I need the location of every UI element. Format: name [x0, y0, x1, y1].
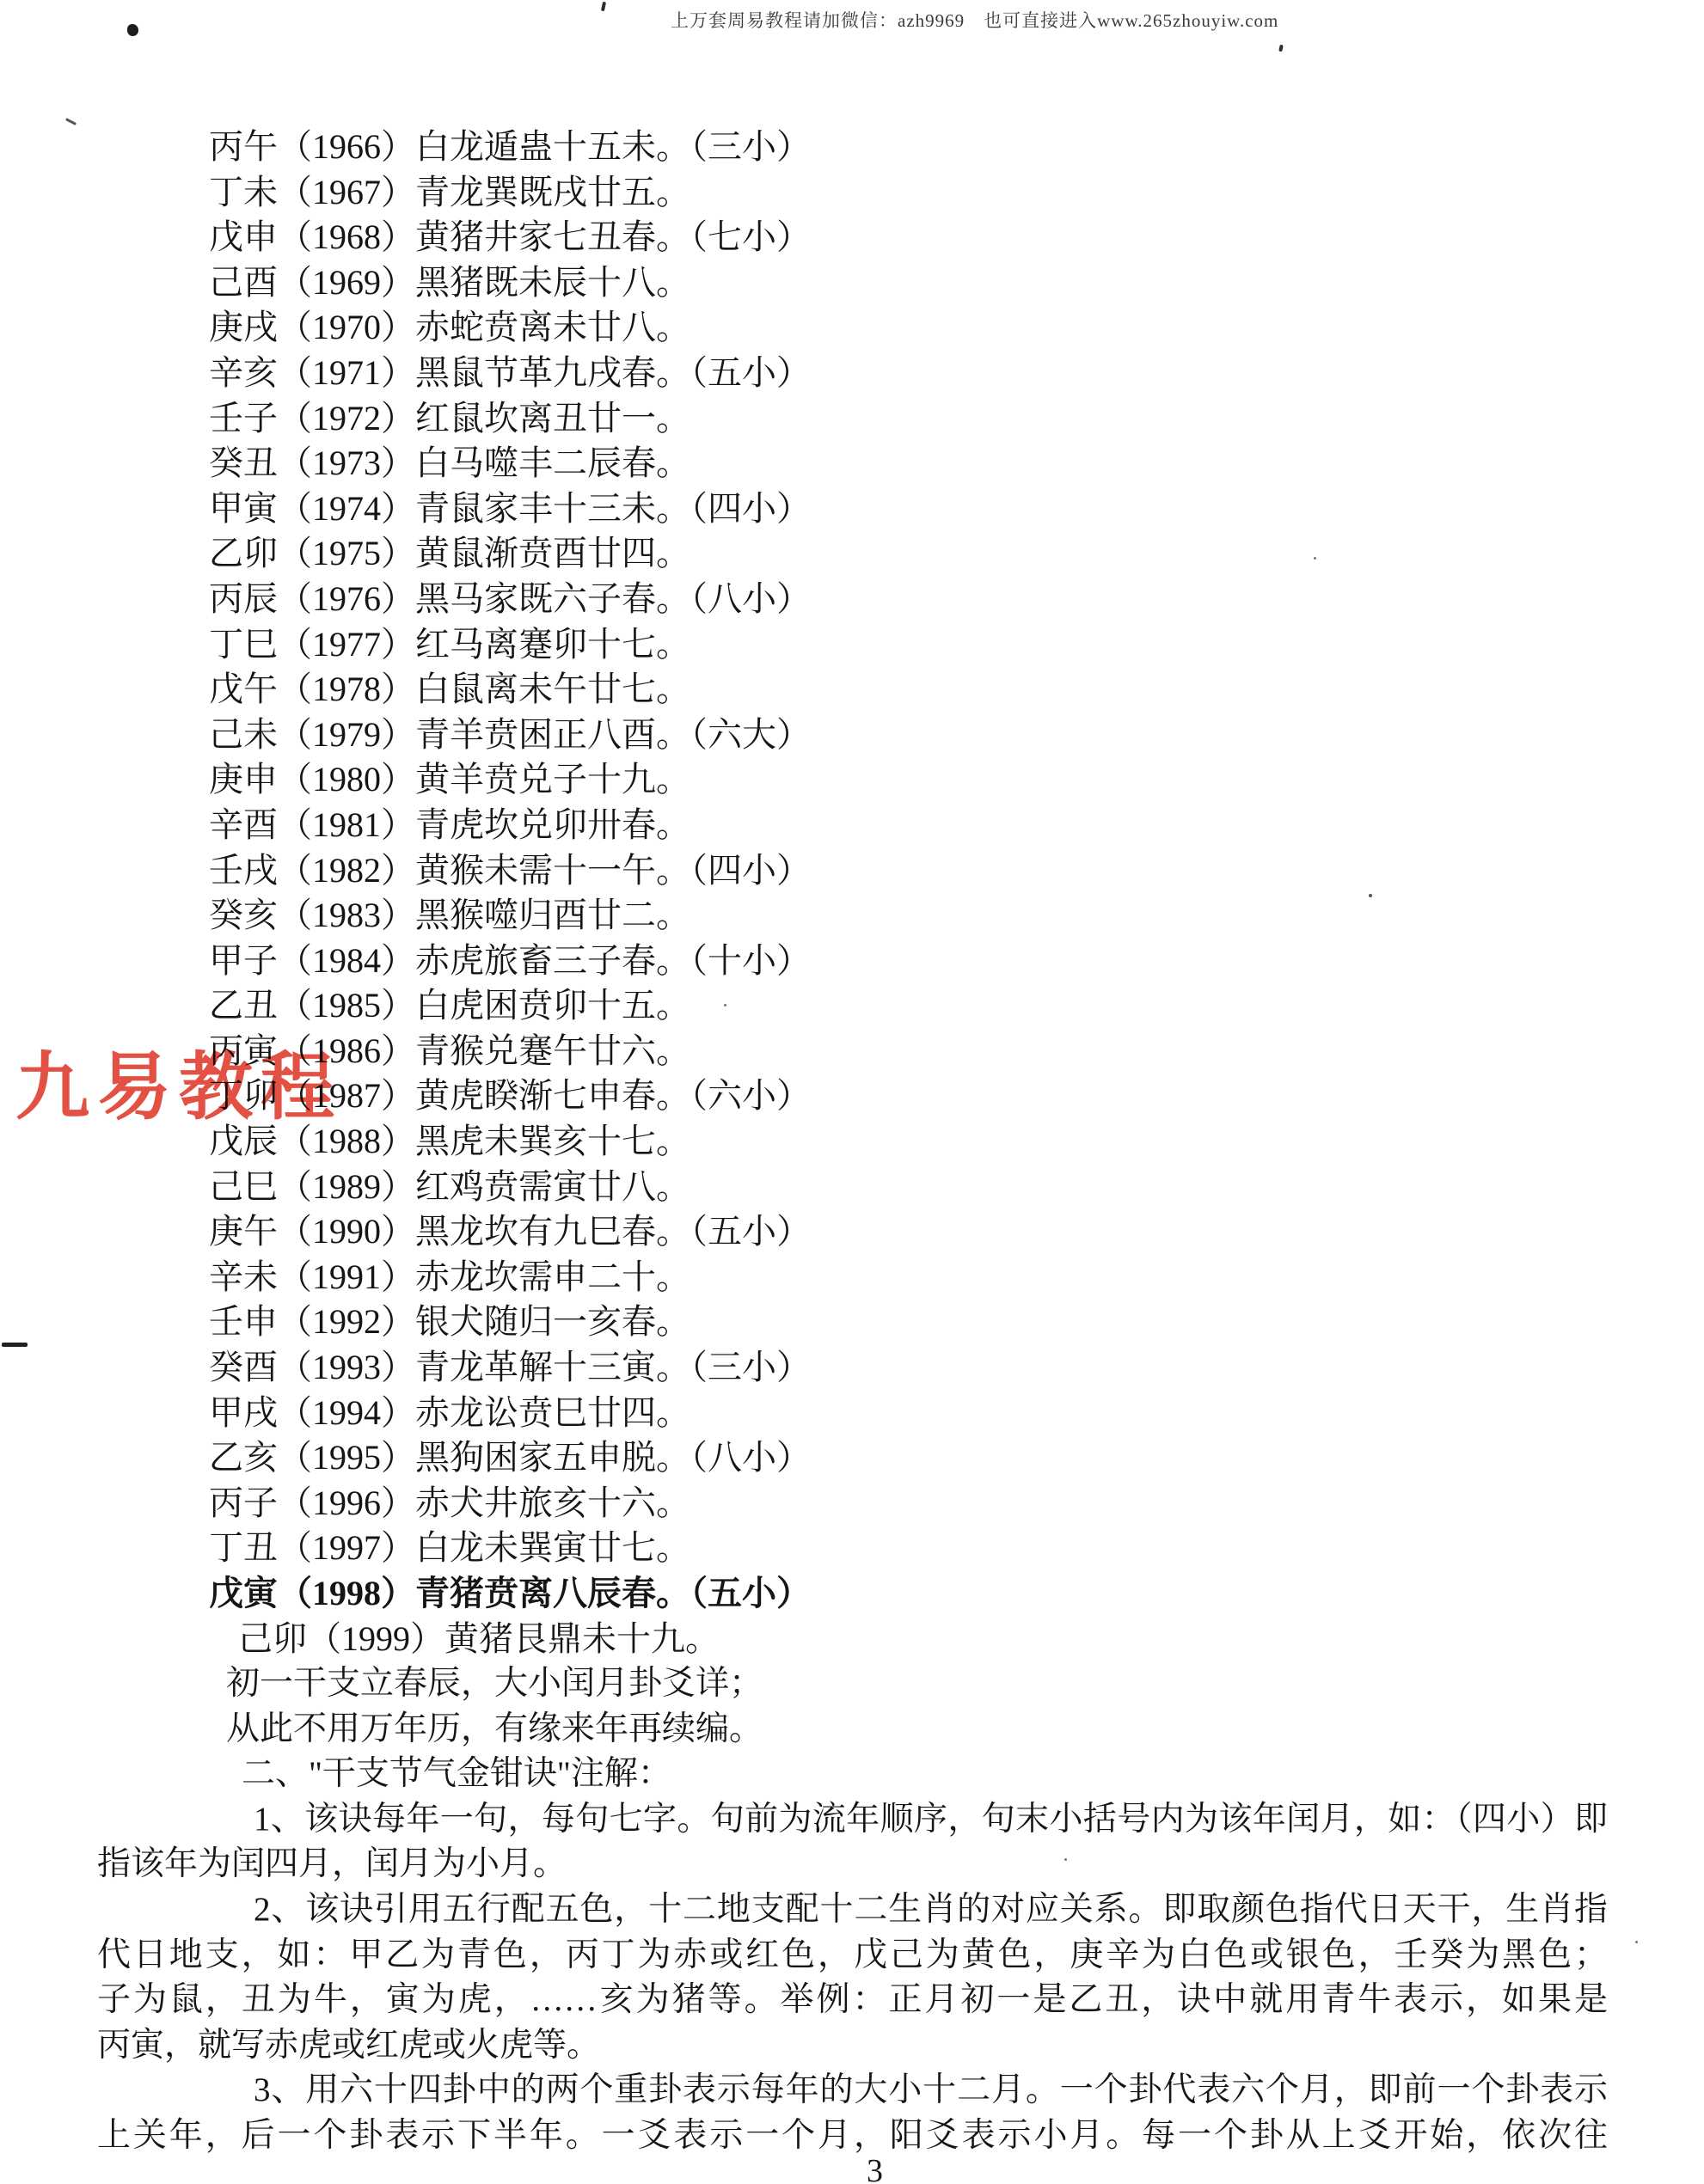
verse-row-1993: 癸酉（1993）青龙革解十三寅。（三小） [209, 1345, 811, 1391]
verse-row-1978: 戊午（1978）白鼠离未午廿七。 [209, 667, 811, 713]
notes-section: 初一干支立春辰，大小闰月卦爻详； 从此不用万年历，有缘来年再续编。 二、"干支节… [97, 1661, 1608, 2159]
verse-row-1975: 乙卯（1975）黄鼠渐贲酉廿四。 [209, 531, 811, 577]
verse-row-1971: 辛亥（1971）黑鼠节革九戌春。（五小） [209, 351, 811, 396]
verse-row-1983: 癸亥（1983）黑猴噬归酉廿二。 [209, 893, 811, 939]
note-2-line-4: 丙寅，就写赤虎或红虎或火虎等。 [97, 2023, 1608, 2069]
verse-row-1968: 戊申（1968）黄猪井家七丑春。（七小） [209, 215, 811, 260]
verse-row-1967: 丁未（1967）青龙巽既戌廿五。 [209, 170, 811, 216]
verse-row-1989: 己巳（1989）红鸡贲需寅廿八。 [209, 1165, 811, 1210]
verse-row-1970: 庚戌（1970）赤蛇贲离未廿八。 [209, 305, 811, 351]
verse-row-1994: 甲戌（1994）赤龙讼贲巳廿四。 [209, 1391, 811, 1436]
verse-row-1997: 丁丑（1997）白龙未巽寅廿七。 [209, 1526, 811, 1571]
note-1-line-1: 1、该诀每年一句，每句七字。句前为流年顺序，句末小括号内为该年闰月，如：（四小）… [97, 1797, 1608, 1843]
verse-row-1991: 辛未（1991）赤龙坎需申二十。 [209, 1255, 811, 1300]
year-verse-list: 丙午（1966）白龙遁蛊十五未。（三小） 丁未（1967）青龙巽既戌廿五。 戊申… [209, 125, 811, 1661]
note-2-line-1: 2、该诀引用五行配五色，十二地支配十二生肖的对应关系。即取颜色指代日天干，生肖指 [97, 1887, 1608, 1933]
verse-row-1980: 庚申（1980）黄羊贲兑子十九。 [209, 757, 811, 803]
verse-row-1999: 己卯（1999）黄猪艮鼎未十九。 [209, 1617, 811, 1662]
verse-row-1984: 甲子（1984）赤虎旅畜三子春。（十小） [209, 939, 811, 984]
scan-speck [1635, 1941, 1638, 1943]
verse-row-1966: 丙午（1966）白龙遁蛊十五未。（三小） [209, 125, 811, 170]
verse-row-1981: 辛酉（1981）青虎坎兑卯卅春。 [209, 803, 811, 848]
verse-row-1996: 丙子（1996）赤犬井旅亥十六。 [209, 1481, 811, 1526]
verse-row-1995: 乙亥（1995）黑狗困家五申脱。（八小） [209, 1435, 811, 1481]
verse-row-1990: 庚午（1990）黑龙坎有九巳春。（五小） [209, 1209, 811, 1255]
verse-row-1973: 癸丑（1973）白马噬丰二辰春。 [209, 441, 811, 486]
red-watermark-text: 九易教程 [15, 1050, 342, 1124]
verse-row-1972: 壬子（1972）红鼠坎离丑廿一。 [209, 396, 811, 442]
scanned-document-page: 上万套周易教程请加微信：azh9969 也可直接进入www.265zhouyiw… [0, 0, 1704, 2184]
section-heading: 二、"干支节气金钳诀"注解： [97, 1752, 1608, 1797]
scan-speck [219, 492, 223, 495]
closing-couplet-line-2: 从此不用万年历，有缘来年再续编。 [97, 1707, 1608, 1753]
note-3-line-1: 3、用六十四卦中的两个重卦表示每年的大小十二月。一个卦代表六个月，即前一个卦表示 [97, 2068, 1608, 2114]
verse-row-1974: 甲寅（1974）青鼠家丰十三未。（四小） [209, 486, 811, 532]
scan-speck [127, 24, 138, 36]
verse-row-1977: 丁巳（1977）红马离蹇卯十七。 [209, 622, 811, 668]
page-number: 3 [867, 2152, 883, 2184]
scan-speck [1278, 45, 1284, 52]
scan-speck [1064, 1858, 1067, 1861]
scan-speck [724, 1004, 726, 1006]
verse-row-1992: 壬申（1992）银犬随归一亥春。 [209, 1300, 811, 1345]
scan-speck [65, 118, 77, 125]
verse-row-1985: 乙丑（1985）白虎困贲卯十五。 [209, 983, 811, 1029]
scan-speck [2, 1343, 28, 1347]
promo-header-text: 上万套周易教程请加微信：azh9969 也可直接进入www.265zhouyiw… [671, 7, 1278, 33]
scan-speck [1369, 894, 1372, 897]
note-3-line-2: 上关年，后一个卦表示下半年。一爻表示一个月，阳爻表示小月。每一个卦从上爻开始，依… [97, 2114, 1608, 2159]
verse-row-1969: 己酉（1969）黑猪既未辰十八。 [209, 260, 811, 306]
verse-row-1976: 丙辰（1976）黑马家既六子春。（八小） [209, 577, 811, 622]
verse-row-1979: 己未（1979）青羊贲困正八酉。（六大） [209, 713, 811, 758]
closing-couplet-line-1: 初一干支立春辰，大小闰月卦爻详； [97, 1661, 1608, 1707]
note-1-line-2: 指该年为闰四月，闰月为小月。 [97, 1842, 1608, 1887]
scan-speck [601, 2, 606, 12]
verse-row-1998: 戊寅（1998）青猪贲离八辰春。（五小） [209, 1571, 811, 1617]
scan-speck [1314, 557, 1316, 560]
note-2-line-2: 代日地支，如：甲乙为青色，丙丁为赤或红色，戊己为黄色，庚辛为白色或银色，壬癸为黑… [97, 1933, 1608, 1979]
verse-row-1982: 壬戌（1982）黄猴未需十一午。（四小） [209, 848, 811, 894]
note-2-line-3: 子为鼠，丑为牛，寅为虎，……亥为猪等。举例：正月初一是乙丑，诀中就用青牛表示，如… [97, 1978, 1608, 2023]
